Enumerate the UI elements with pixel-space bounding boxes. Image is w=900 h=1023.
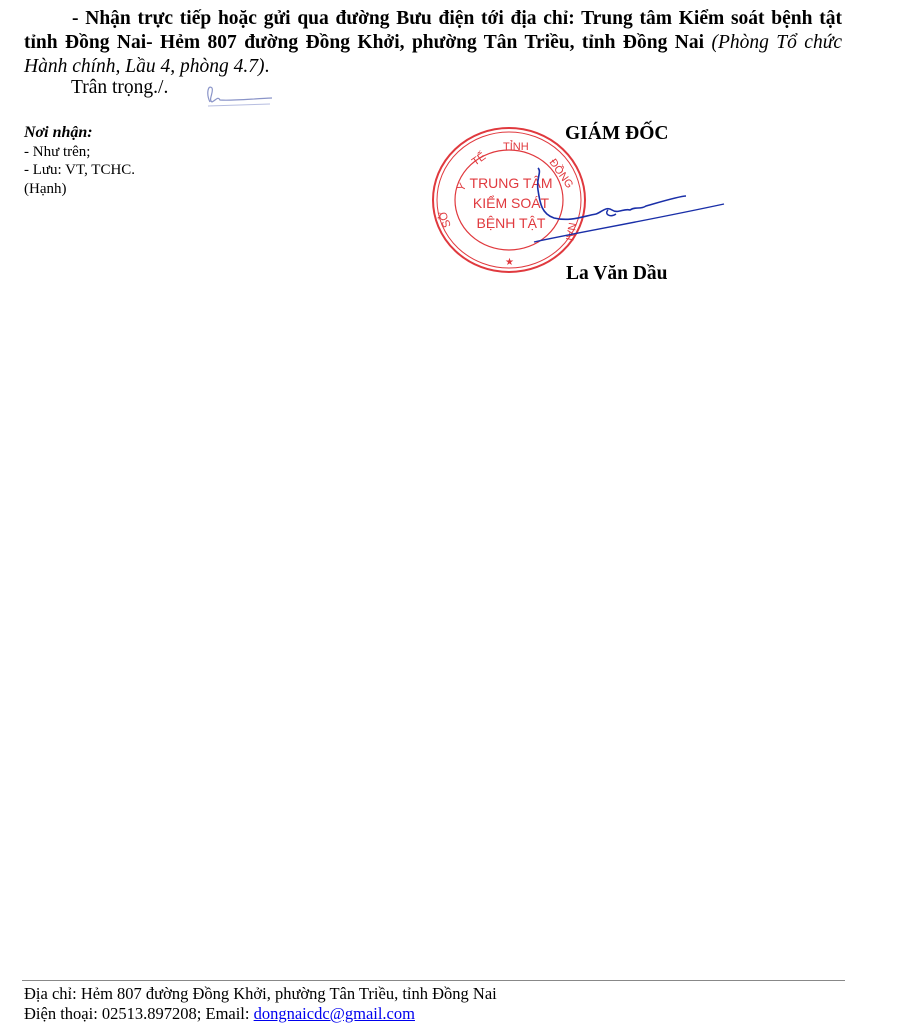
- address-label: Địa chỉ:: [24, 984, 81, 1003]
- email-link[interactable]: dongnaicdc@gmail.com: [254, 1004, 415, 1023]
- phone-label: Điện thoại:: [24, 1004, 102, 1023]
- paragraph-end: .: [265, 56, 270, 77]
- footer-phone-email: Điện thoại: 02513.897208; Email: dongnai…: [24, 1004, 497, 1023]
- footer-contact: Địa chỉ: Hẻm 807 đường Đồng Khởi, phường…: [24, 984, 497, 1023]
- svg-text:★: ★: [505, 257, 514, 268]
- recipient-item: - Như trên;: [24, 143, 135, 162]
- svg-text:TẾ: TẾ: [469, 150, 488, 169]
- svg-text:Y: Y: [455, 181, 469, 194]
- recipients-list: Nơi nhận: - Như trên; - Lưu: VT, TCHC. (…: [24, 124, 135, 198]
- closing-salutation: Trân trọng./.: [71, 77, 168, 99]
- initial-mark-icon: [200, 80, 280, 110]
- footer-address: Địa chỉ: Hẻm 807 đường Đồng Khởi, phường…: [24, 984, 497, 1004]
- handwritten-signature-icon: [520, 160, 730, 260]
- email-label: ; Email:: [197, 1004, 254, 1023]
- signer-name: La Văn Dầu: [566, 263, 668, 285]
- footer-divider: [22, 980, 845, 981]
- svg-text:TỈNH: TỈNH: [503, 140, 529, 153]
- recipients-heading: Nơi nhận:: [24, 124, 135, 143]
- recipient-item: (Hạnh): [24, 180, 135, 199]
- phone-value: 02513.897208: [102, 1004, 197, 1023]
- delivery-instructions-paragraph: - Nhận trực tiếp hoặc gửi qua đường Bưu …: [24, 7, 842, 79]
- recipient-item: - Lưu: VT, TCHC.: [24, 161, 135, 180]
- address-value: Hẻm 807 đường Đồng Khởi, phường Tân Triề…: [81, 984, 497, 1003]
